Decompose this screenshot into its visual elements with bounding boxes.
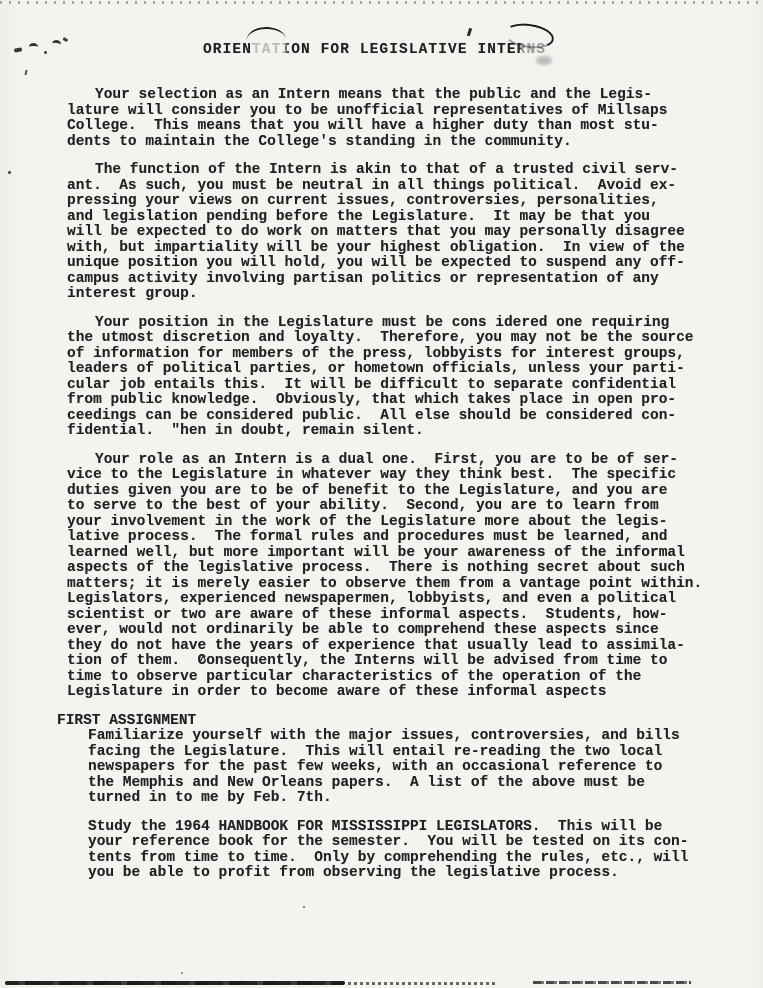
paragraph-function: The function of the Intern is akin to th… <box>67 163 757 303</box>
paragraph-position: Your position in the Legislature must be… <box>67 316 757 440</box>
scan-bottom-line-segment <box>5 981 345 985</box>
document-title: ORIENTATION FOR LEGISLATIVE INTERNS <box>203 43 546 59</box>
section-heading-first-assignment: FIRST ASSIGNMENT <box>57 714 757 730</box>
scanned-document-page: ORIENTATION FOR LEGISLATIVE INTERNS Your… <box>0 0 763 988</box>
ink-smudge-mark <box>51 39 61 48</box>
ink-smudge-mark <box>63 37 68 41</box>
stray-ink-dot <box>8 171 11 174</box>
paragraph-dual-role: Your role as an Intern is a dual one. Fi… <box>67 453 757 701</box>
assignment-paragraph-handbook: Study the 1964 HANDBOOK FOR MISSISSIPPI … <box>88 820 757 882</box>
ink-smudge-mark <box>25 70 28 75</box>
document-body: Your selection as an Intern means that t… <box>67 88 757 882</box>
ink-smudge-dot <box>44 51 47 54</box>
stray-ink-dot <box>181 972 183 974</box>
scan-bottom-line-segment <box>348 982 498 985</box>
assignment-paragraph-newspapers: Familiarize yourself with the major issu… <box>88 729 757 807</box>
paragraph-selection: Your selection as an Intern means that t… <box>67 88 757 150</box>
ink-smudge-mark <box>14 47 22 52</box>
stray-ink-dot <box>303 906 305 908</box>
scan-bottom-line-segment <box>533 981 691 984</box>
ink-smudge-mark <box>29 43 38 51</box>
pen-arc-mark <box>246 26 287 43</box>
scan-edge-dots <box>0 1 763 4</box>
pen-tick-mark <box>467 28 472 36</box>
